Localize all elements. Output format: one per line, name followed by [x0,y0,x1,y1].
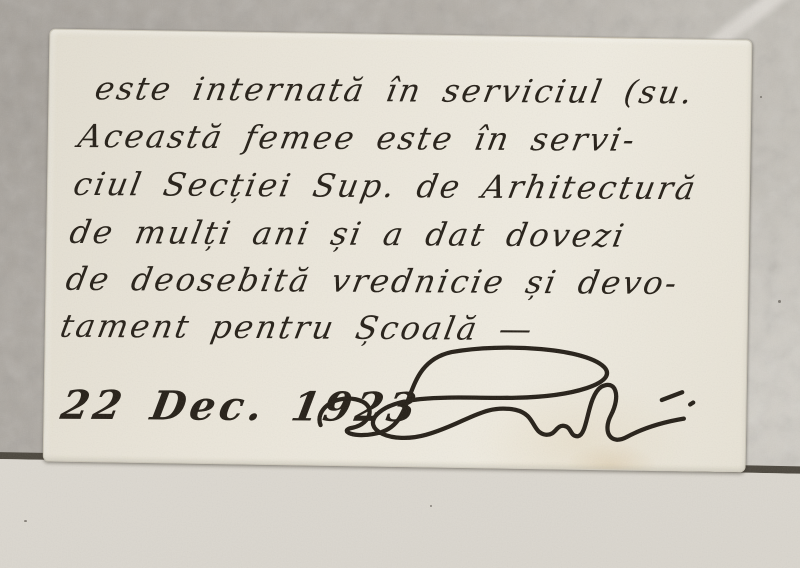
handwriting-line-4: de mulți ani și a dat dovezi [67,216,628,252]
speck [760,96,762,98]
speck [24,520,27,522]
signature-flourish [311,336,709,484]
handwriting-line-5: de deosebită vrednicie și devo- [64,263,682,299]
handwritten-card: este internată în serviciul (su. Această… [43,29,753,473]
handwriting-line-1: este internată în serviciul (su. [93,72,698,108]
speck [430,505,432,507]
photo-of-handwritten-card: este internată în serviciul (su. Această… [0,0,800,568]
handwriting-line-2: Această femee este în servi- [76,120,640,156]
handwriting-line-3: ciul Secției Sup. de Arhitectură [71,168,700,204]
speck [778,300,781,303]
